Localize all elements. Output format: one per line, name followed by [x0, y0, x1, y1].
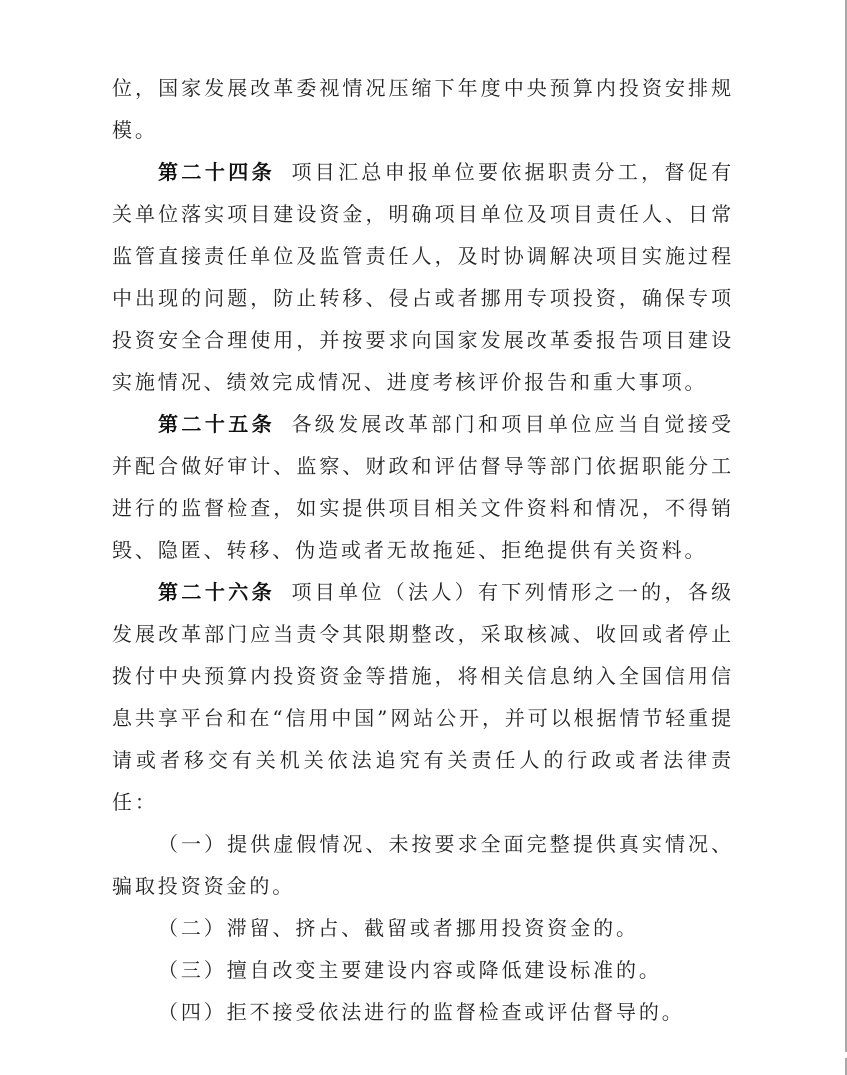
list-item-text: （二）滞留、挤占、截留或者挪用投资资金的。: [158, 916, 639, 940]
list-item-3: （三）擅自改变主要建设内容或降低建设标准的。: [112, 949, 734, 991]
list-item-text: （一）提供虚假情况、未按要求全面完整提供真实情况、骗取投资资金的。: [112, 832, 734, 898]
paragraph-text: 位，国家发展改革委视情况压缩下年度中央预算内投资安排规模。: [112, 76, 734, 142]
article-24: 第二十四条项目汇总申报单位要依据职责分工，督促有关单位落实项目建设资金，明确项目…: [112, 151, 734, 403]
article-heading: 第二十五条: [158, 412, 275, 436]
list-item-text: （四）拒不接受依法进行的监督检查或评估督导的。: [158, 1000, 685, 1024]
article-heading: 第二十六条: [158, 580, 275, 604]
document-page: 位，国家发展改革委视情况压缩下年度中央预算内投资安排规模。 第二十四条项目汇总申…: [0, 0, 845, 1075]
article-heading: 第二十四条: [158, 160, 275, 184]
article-text: 项目单位（法人）有下列情形之一的，各级发展改革部门应当责令其限期整改，采取核减、…: [112, 580, 734, 814]
article-text: 项目汇总申报单位要依据职责分工，督促有关单位落实项目建设资金，明确项目单位及项目…: [112, 160, 734, 394]
list-item-1: （一）提供虚假情况、未按要求全面完整提供真实情况、骗取投资资金的。: [112, 823, 734, 907]
paragraph-continued: 位，国家发展改革委视情况压缩下年度中央预算内投资安排规模。: [112, 67, 734, 151]
list-item-text: （三）擅自改变主要建设内容或降低建设标准的。: [158, 958, 662, 982]
list-item-2: （二）滞留、挤占、截留或者挪用投资资金的。: [112, 907, 734, 949]
document-body: 位，国家发展改革委视情况压缩下年度中央预算内投资安排规模。 第二十四条项目汇总申…: [112, 67, 734, 1033]
list-item-4: （四）拒不接受依法进行的监督检查或评估督导的。: [112, 991, 734, 1033]
article-25: 第二十五条各级发展改革部门和项目单位应当自觉接受并配合做好审计、监察、财政和评估…: [112, 403, 734, 571]
article-26: 第二十六条项目单位（法人）有下列情形之一的，各级发展改革部门应当责令其限期整改，…: [112, 571, 734, 823]
